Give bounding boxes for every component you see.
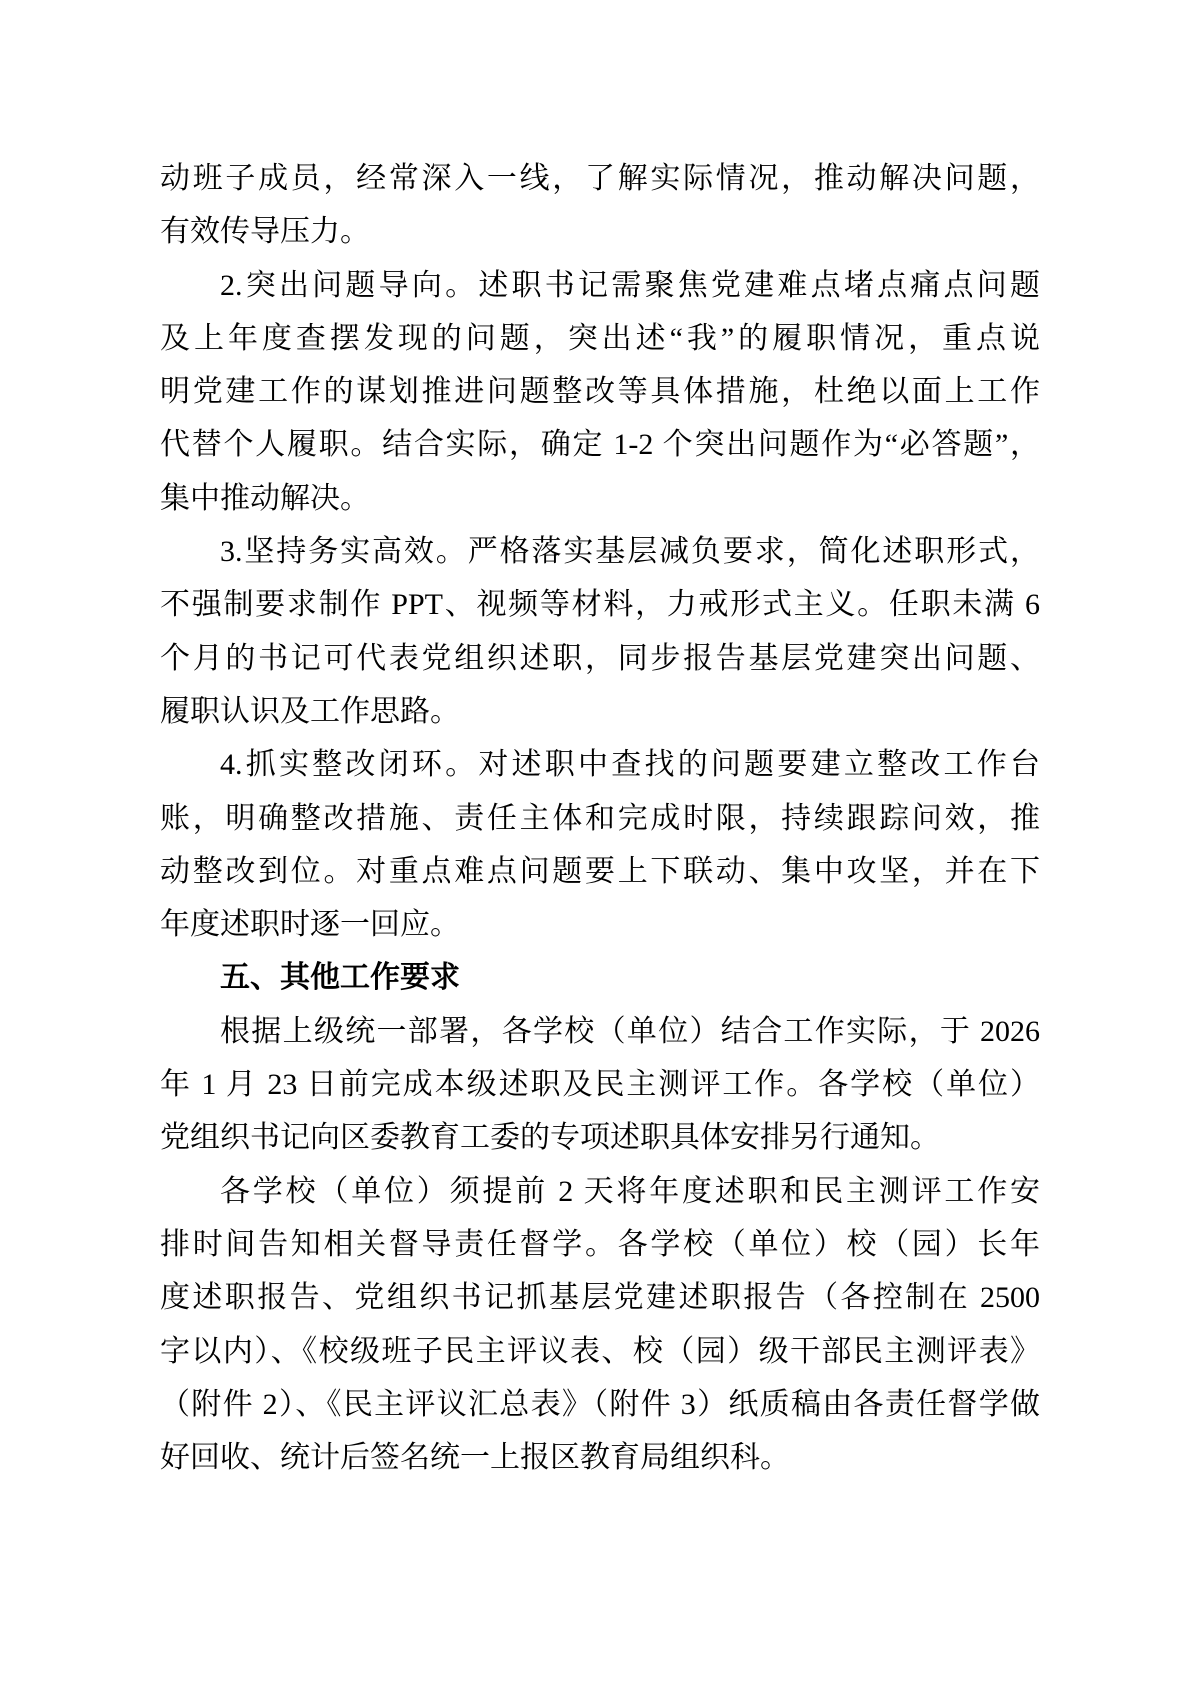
text-line: 个月的书记可代表党组织述职，同步报告基层党建突出问题、 xyxy=(160,632,1040,685)
text-line: 好回收、统计后签名统一上报区教育局组织科。 xyxy=(160,1431,1040,1484)
text-line: （附件 2）、《民主评议汇总表》（附件 3）纸质稿由各责任督学做 xyxy=(160,1378,1040,1431)
text-line: 年 1 月 23 日前完成本级述职及民主测评工作。各学校（单位） xyxy=(160,1058,1040,1111)
text-line: 代替个人履职。结合实际，确定 1-2 个突出问题作为“必答题”， xyxy=(160,418,1040,471)
text-line: 排时间告知相关督导责任督学。各学校（单位）校（园）长年 xyxy=(160,1218,1040,1271)
paragraph: 各学校（单位）须提前 2 天将年度述职和民主测评工作安排时间告知相关督导责任督学… xyxy=(160,1165,1040,1485)
text-line: 动班子成员，经常深入一线，了解实际情况，推动解决问题， xyxy=(160,152,1040,205)
text-line: 4.抓实整改闭环。对述职中查找的问题要建立整改工作台 xyxy=(160,738,1040,791)
text-line: 党组织书记向区委教育工委的专项述职具体安排另行通知。 xyxy=(160,1111,1040,1164)
paragraph: 动班子成员，经常深入一线，了解实际情况，推动解决问题，有效传导压力。 xyxy=(160,152,1040,259)
text-line: 2.突出问题导向。述职书记需聚焦党建难点堵点痛点问题 xyxy=(160,259,1040,312)
text-line: 明党建工作的谋划推进问题整改等具体措施，杜绝以面上工作 xyxy=(160,365,1040,418)
text-line: 动整改到位。对重点难点问题要上下联动、集中攻坚，并在下 xyxy=(160,845,1040,898)
text-line: 根据上级统一部署，各学校（单位）结合工作实际，于 2026 xyxy=(160,1005,1040,1058)
text-line: 各学校（单位）须提前 2 天将年度述职和民主测评工作安 xyxy=(160,1165,1040,1218)
text-line: 履职认识及工作思路。 xyxy=(160,685,1040,738)
text-line: 账，明确整改措施、责任主体和完成时限，持续跟踪问效，推 xyxy=(160,792,1040,845)
text-line: 及上年度查摆发现的问题，突出述“我”的履职情况，重点说 xyxy=(160,312,1040,365)
paragraph: 2.突出问题导向。述职书记需聚焦党建难点堵点痛点问题及上年度查摆发现的问题，突出… xyxy=(160,259,1040,525)
paragraph: 4.抓实整改闭环。对述职中查找的问题要建立整改工作台账，明确整改措施、责任主体和… xyxy=(160,738,1040,951)
section: 五、其他工作要求 xyxy=(160,951,1040,1004)
text-line: 字以内）、《校级班子民主评议表、校（园）级干部民主测评表》 xyxy=(160,1325,1040,1378)
document-body: 动班子成员，经常深入一线，了解实际情况，推动解决问题，有效传导压力。2.突出问题… xyxy=(160,152,1040,1484)
text-line: 度述职报告、党组织书记抓基层党建述职报告（各控制在 2500 xyxy=(160,1271,1040,1324)
text-line: 3.坚持务实高效。严格落实基层减负要求，简化述职形式， xyxy=(160,525,1040,578)
document-page: 动班子成员，经常深入一线，了解实际情况，推动解决问题，有效传导压力。2.突出问题… xyxy=(0,0,1191,1684)
text-line: 不强制要求制作 PPT、视频等材料，力戒形式主义。任职未满 6 xyxy=(160,578,1040,631)
paragraph: 根据上级统一部署，各学校（单位）结合工作实际，于 2026年 1 月 23 日前… xyxy=(160,1005,1040,1165)
text-line: 年度述职时逐一回应。 xyxy=(160,898,1040,951)
text-line: 集中推动解决。 xyxy=(160,472,1040,525)
text-line: 有效传导压力。 xyxy=(160,205,1040,258)
paragraph: 3.坚持务实高效。严格落实基层减负要求，简化述职形式，不强制要求制作 PPT、视… xyxy=(160,525,1040,738)
section-heading: 五、其他工作要求 xyxy=(160,951,1040,1004)
